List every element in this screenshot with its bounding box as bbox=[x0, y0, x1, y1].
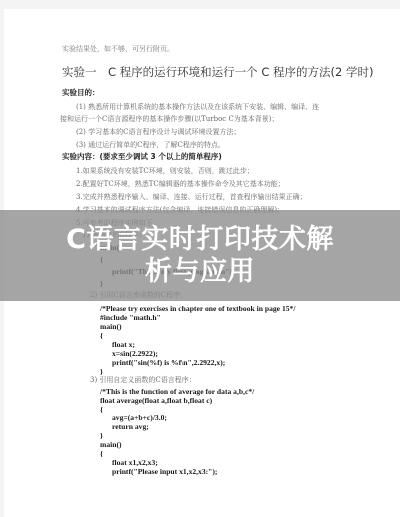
content-item: 2.配置好TC环境，熟悉TC编辑器的基本操作命令及其它基本功能； bbox=[76, 180, 285, 189]
code-line: x=sin(2.2922); bbox=[112, 349, 158, 358]
purpose-item: (2) 学习基本的C语言程序设计与调试环境设置方法； bbox=[76, 128, 241, 137]
program3-label: 3) 引用自定义函数的C语言程序： bbox=[90, 376, 196, 385]
code-line: float x; bbox=[112, 340, 135, 349]
code-line: printf("sin(%f) is %f\n",2.2922,x); bbox=[112, 358, 225, 367]
result-note: 实验结果处，如不够，可另行附页。 bbox=[62, 45, 174, 54]
banner-title-line2: 析与应用 bbox=[0, 256, 400, 288]
content-item: 1.如果系统没有安装TC环境，则安装，否则，跳过此步； bbox=[76, 167, 254, 176]
banner-title: C语言实时打印技术解 析与应用 bbox=[0, 210, 400, 288]
purpose-item: 接和运行一个C语言源程序的基本操作步骤(以Turboc C为基本背景)； bbox=[60, 115, 279, 124]
code-line: /*This is the function of average for da… bbox=[100, 387, 254, 396]
code-line: main() bbox=[100, 322, 122, 331]
code-line: { bbox=[100, 449, 103, 458]
code-line: avg=(a+b+c)/3.0; bbox=[112, 413, 167, 422]
code-line: return avg; bbox=[112, 422, 149, 431]
code-line: float average(float a,float b,float c) bbox=[100, 396, 212, 405]
code-line: printf("Please input x1,x2,x3:"); bbox=[112, 467, 217, 476]
experiment-title: 实验一 C 程序的运行环境和运行一个 C 程序的方法(2 学时) bbox=[62, 65, 373, 79]
code-line: float x1,x2,x3; bbox=[112, 458, 158, 467]
purpose-item: (3) 通过运行简单的C程序，了解C程序的特点。 bbox=[76, 141, 225, 150]
code-line: } bbox=[100, 431, 103, 440]
code-line: { bbox=[100, 331, 103, 340]
code-line: } bbox=[100, 367, 103, 376]
code-line: { bbox=[100, 405, 103, 414]
code-line: main() bbox=[100, 440, 122, 449]
purpose-item: (1) 熟悉所用计算机系统的基本操作方法以及在该系统下安装、编辑、编译、连 bbox=[76, 103, 319, 112]
content-heading: 实验内容：(要求至少调试 3 个以上的简单程序) bbox=[62, 152, 222, 161]
banner-title-line1: C语言实时打印技术解 bbox=[0, 224, 400, 256]
code-line: #include "math.h" bbox=[100, 313, 161, 322]
title-banner: C语言实时打印技术解 析与应用 bbox=[0, 210, 400, 301]
code-line: /*Please try exercises in chapter one of… bbox=[100, 304, 295, 313]
content-item: 3.完成并熟悉程序输入、编译、连接、运行过程，首查程序输出结果正确； bbox=[76, 193, 307, 202]
purpose-heading: 实验目的： bbox=[62, 88, 100, 97]
